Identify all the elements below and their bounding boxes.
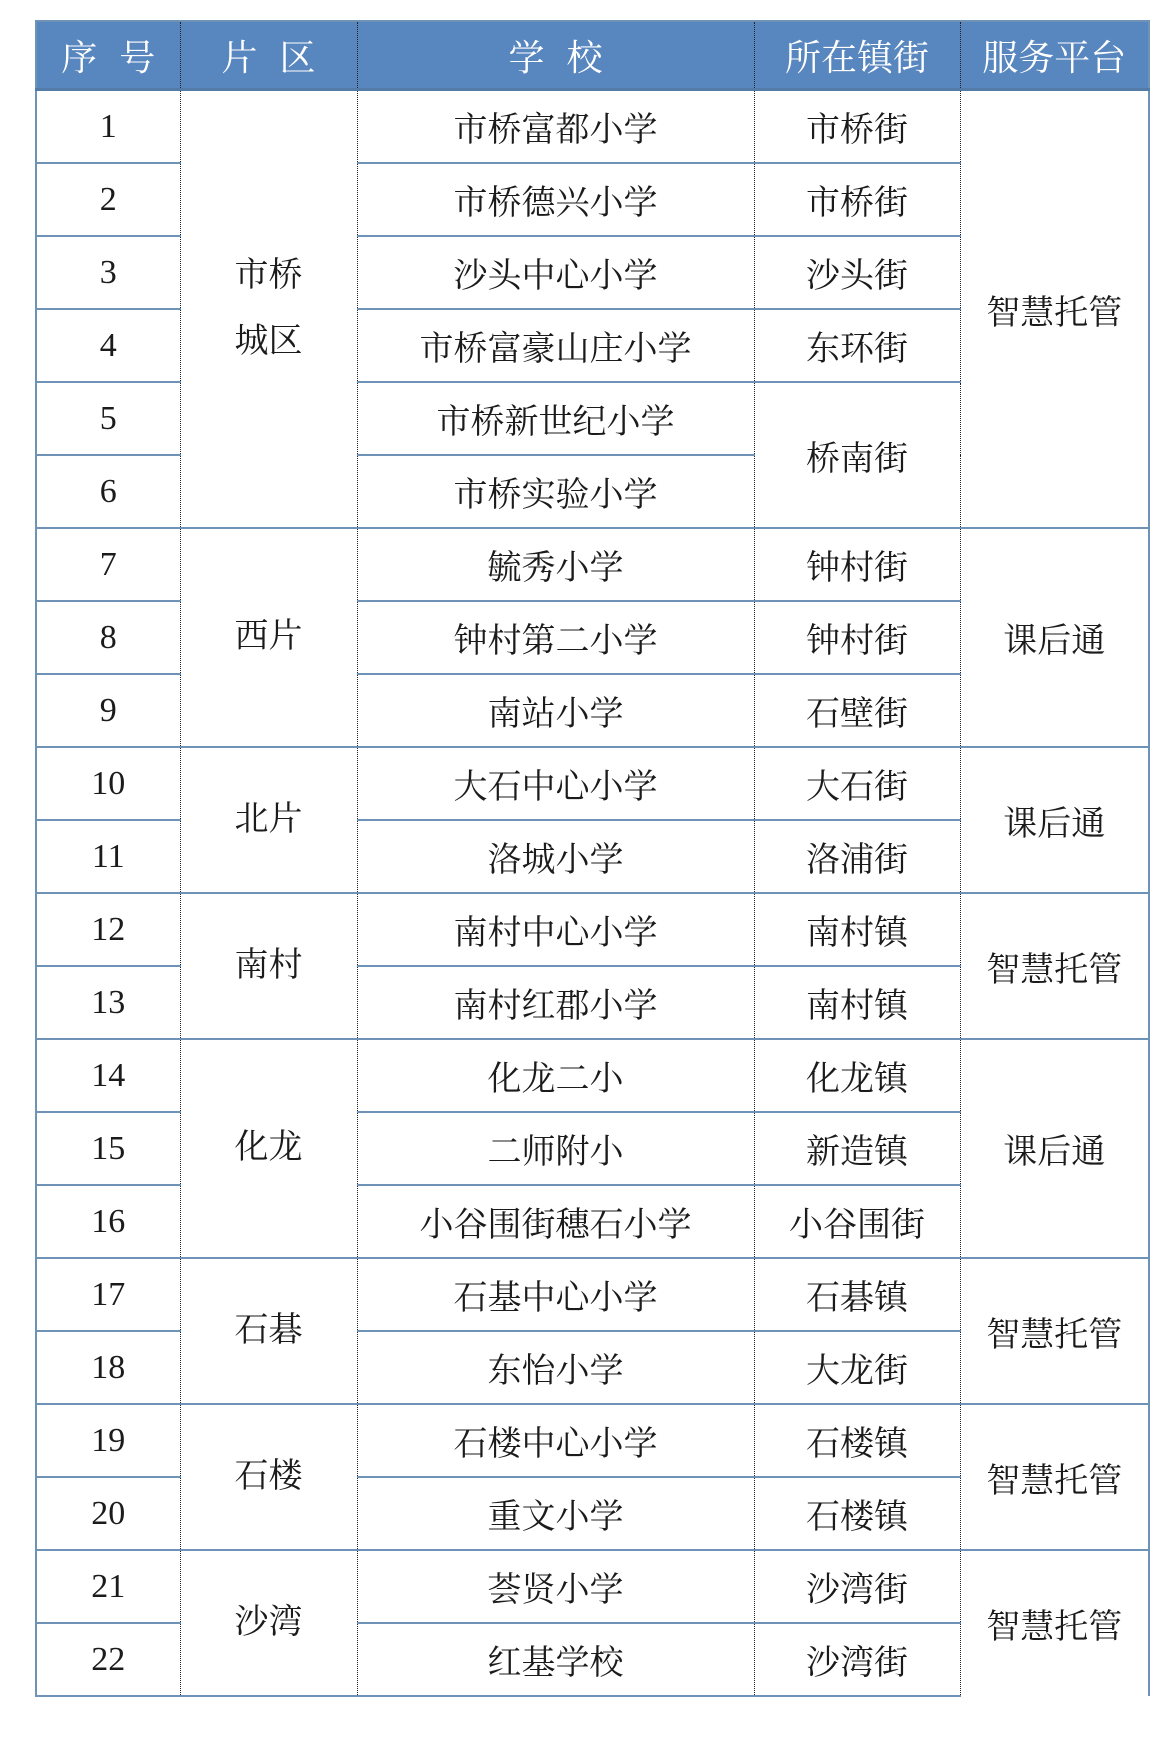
cell-platform: 智慧托管 [960, 1404, 1149, 1550]
cell-town: 市桥街 [754, 90, 960, 164]
cell-town: 石壁街 [754, 674, 960, 747]
cell-school: 市桥实验小学 [357, 455, 754, 528]
cell-no: 5 [36, 382, 180, 455]
cell-town: 沙头街 [754, 236, 960, 309]
cell-no: 20 [36, 1477, 180, 1550]
cell-no: 13 [36, 966, 180, 1039]
cell-town: 南村镇 [754, 893, 960, 966]
cell-no: 9 [36, 674, 180, 747]
cell-school: 市桥德兴小学 [357, 163, 754, 236]
cell-school: 南站小学 [357, 674, 754, 747]
cell-district: 西片 [180, 528, 357, 747]
cell-no: 14 [36, 1039, 180, 1112]
cell-school: 南村红郡小学 [357, 966, 754, 1039]
cell-school: 小谷围街穗石小学 [357, 1185, 754, 1258]
cell-town: 市桥街 [754, 163, 960, 236]
cell-school: 南村中心小学 [357, 893, 754, 966]
cell-no: 16 [36, 1185, 180, 1258]
cell-town: 大石街 [754, 747, 960, 820]
cell-no: 19 [36, 1404, 180, 1477]
cell-no: 2 [36, 163, 180, 236]
page: { "colors": { "header_bg": "#5886BE", "h… [0, 0, 1170, 1743]
cell-district: 化龙 [180, 1039, 357, 1258]
cell-school: 洛城小学 [357, 820, 754, 893]
cell-no: 22 [36, 1623, 180, 1696]
cell-no: 7 [36, 528, 180, 601]
cell-platform: 智慧托管 [960, 893, 1149, 1039]
cell-school: 荟贤小学 [357, 1550, 754, 1623]
cell-town: 南村镇 [754, 966, 960, 1039]
cell-town: 小谷围街 [754, 1185, 960, 1258]
cell-school: 二师附小 [357, 1112, 754, 1185]
cell-platform: 课后通 [960, 1039, 1149, 1258]
cell-school: 市桥富豪山庄小学 [357, 309, 754, 382]
cell-platform: 课后通 [960, 747, 1149, 893]
table-row: 12南村南村中心小学南村镇智慧托管 [36, 893, 1149, 966]
table-row: 1市桥 城区市桥富都小学市桥街智慧托管 [36, 90, 1149, 164]
cell-district: 市桥 城区 [180, 90, 357, 529]
cell-town: 洛浦街 [754, 820, 960, 893]
cell-school: 重文小学 [357, 1477, 754, 1550]
header-row: 序号片区学校所在镇街服务平台 [36, 21, 1149, 90]
cell-town: 石楼镇 [754, 1477, 960, 1550]
cell-town: 大龙街 [754, 1331, 960, 1404]
cell-platform: 智慧托管 [960, 90, 1149, 529]
school-table: 序号片区学校所在镇街服务平台 1市桥 城区市桥富都小学市桥街智慧托管2市桥德兴小… [35, 20, 1150, 1697]
cell-town: 化龙镇 [754, 1039, 960, 1112]
cell-no: 10 [36, 747, 180, 820]
cell-school: 石楼中心小学 [357, 1404, 754, 1477]
cell-school: 化龙二小 [357, 1039, 754, 1112]
col-header-town: 所在镇街 [754, 21, 960, 90]
table-row: 21沙湾荟贤小学沙湾街智慧托管 [36, 1550, 1149, 1623]
cell-town: 钟村街 [754, 601, 960, 674]
col-header-district: 片区 [180, 21, 357, 90]
cell-town: 石楼镇 [754, 1404, 960, 1477]
cell-town: 沙湾街 [754, 1550, 960, 1623]
col-header-platform: 服务平台 [960, 21, 1149, 90]
cell-district: 石楼 [180, 1404, 357, 1550]
cell-no: 6 [36, 455, 180, 528]
cell-school: 红基学校 [357, 1623, 754, 1696]
col-header-school: 学校 [357, 21, 754, 90]
cell-no: 11 [36, 820, 180, 893]
table-body: 1市桥 城区市桥富都小学市桥街智慧托管2市桥德兴小学市桥街3沙头中心小学沙头街4… [36, 90, 1149, 1697]
cell-no: 18 [36, 1331, 180, 1404]
cell-platform: 智慧托管 [960, 1258, 1149, 1404]
cell-town: 石碁镇 [754, 1258, 960, 1331]
cell-school: 市桥新世纪小学 [357, 382, 754, 455]
cell-school: 大石中心小学 [357, 747, 754, 820]
table-row: 7西片毓秀小学钟村街课后通 [36, 528, 1149, 601]
cell-no: 17 [36, 1258, 180, 1331]
cell-town: 桥南街 [754, 382, 960, 528]
cell-town: 钟村街 [754, 528, 960, 601]
cell-district: 北片 [180, 747, 357, 893]
cell-district: 沙湾 [180, 1550, 357, 1696]
cell-platform: 智慧托管 [960, 1550, 1149, 1696]
cell-school: 东怡小学 [357, 1331, 754, 1404]
cell-no: 3 [36, 236, 180, 309]
table-row: 10北片大石中心小学大石街课后通 [36, 747, 1149, 820]
cell-platform: 课后通 [960, 528, 1149, 747]
cell-town: 沙湾街 [754, 1623, 960, 1696]
cell-school: 钟村第二小学 [357, 601, 754, 674]
cell-school: 市桥富都小学 [357, 90, 754, 164]
table-row: 14化龙化龙二小化龙镇课后通 [36, 1039, 1149, 1112]
cell-no: 4 [36, 309, 180, 382]
cell-district: 石碁 [180, 1258, 357, 1404]
cell-no: 8 [36, 601, 180, 674]
table-row: 19石楼石楼中心小学石楼镇智慧托管 [36, 1404, 1149, 1477]
cell-school: 石基中心小学 [357, 1258, 754, 1331]
table-row: 17石碁石基中心小学石碁镇智慧托管 [36, 1258, 1149, 1331]
cell-no: 21 [36, 1550, 180, 1623]
cell-district: 南村 [180, 893, 357, 1039]
table-header: 序号片区学校所在镇街服务平台 [36, 21, 1149, 90]
cell-no: 15 [36, 1112, 180, 1185]
cell-no: 12 [36, 893, 180, 966]
cell-no: 1 [36, 90, 180, 164]
cell-town: 东环街 [754, 309, 960, 382]
school-table-container: 序号片区学校所在镇街服务平台 1市桥 城区市桥富都小学市桥街智慧托管2市桥德兴小… [35, 20, 1150, 1697]
cell-school: 毓秀小学 [357, 528, 754, 601]
col-header-no: 序号 [36, 21, 180, 90]
cell-town: 新造镇 [754, 1112, 960, 1185]
cell-school: 沙头中心小学 [357, 236, 754, 309]
